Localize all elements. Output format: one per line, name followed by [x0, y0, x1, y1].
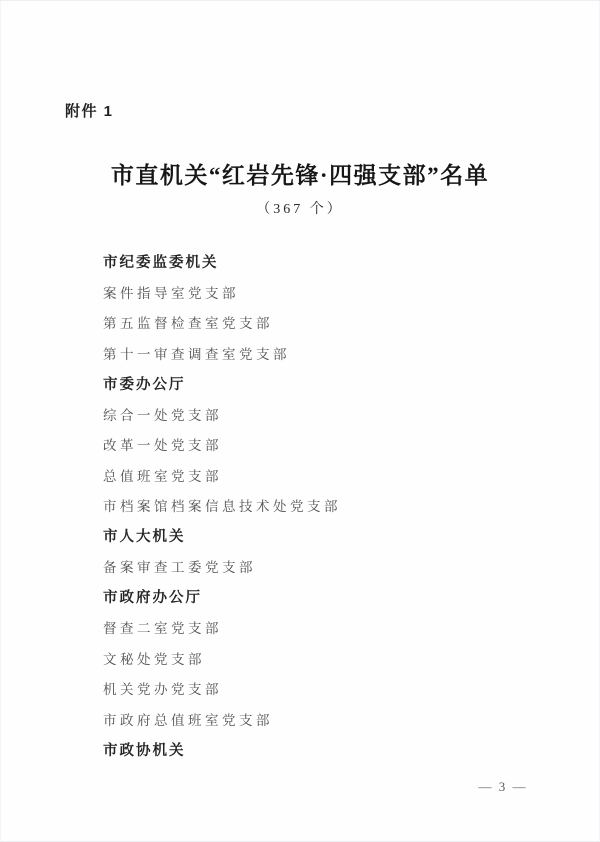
- document-title: 市直机关“红岩先锋·四强支部”名单: [0, 157, 600, 190]
- list-item: 改革一处党支部: [103, 429, 550, 460]
- list-item: 第五监督检查室党支部: [103, 307, 550, 338]
- list-item: 第十一审查调查室党支部: [103, 338, 550, 369]
- list-item: 案件指导室党支部: [103, 277, 550, 308]
- branch-list: 市纪委监委机关案件指导室党支部第五监督检查室党支部第十一审查调查室党支部市委办公…: [103, 246, 550, 765]
- list-item: 市政府总值班室党支部: [103, 704, 550, 735]
- list-item: 综合一处党支部: [103, 399, 550, 430]
- list-item: 督查二室党支部: [103, 612, 550, 643]
- list-item: 市档案馆档案信息技术处党支部: [103, 490, 550, 521]
- document-page: 附件 1 市直机关“红岩先锋·四强支部”名单 （367 个） 市纪委监委机关案件…: [0, 0, 600, 842]
- document-count-note: （367 个）: [0, 198, 600, 218]
- list-item: 总值班室党支部: [103, 460, 550, 491]
- section-heading: 市人大机关: [103, 521, 550, 552]
- page-number-text: — 3 —: [479, 779, 528, 795]
- page-number: — 3 —: [0, 779, 600, 795]
- section-heading: 市政协机关: [103, 734, 550, 765]
- list-item: 机关党办党支部: [103, 673, 550, 704]
- section-heading: 市委办公厅: [103, 368, 550, 399]
- list-item: 文秘处党支部: [103, 643, 550, 674]
- section-heading: 市政府办公厅: [103, 582, 550, 613]
- list-item: 备案审查工委党支部: [103, 551, 550, 582]
- attachment-label: 附件 1: [65, 100, 114, 121]
- section-heading: 市纪委监委机关: [103, 246, 550, 277]
